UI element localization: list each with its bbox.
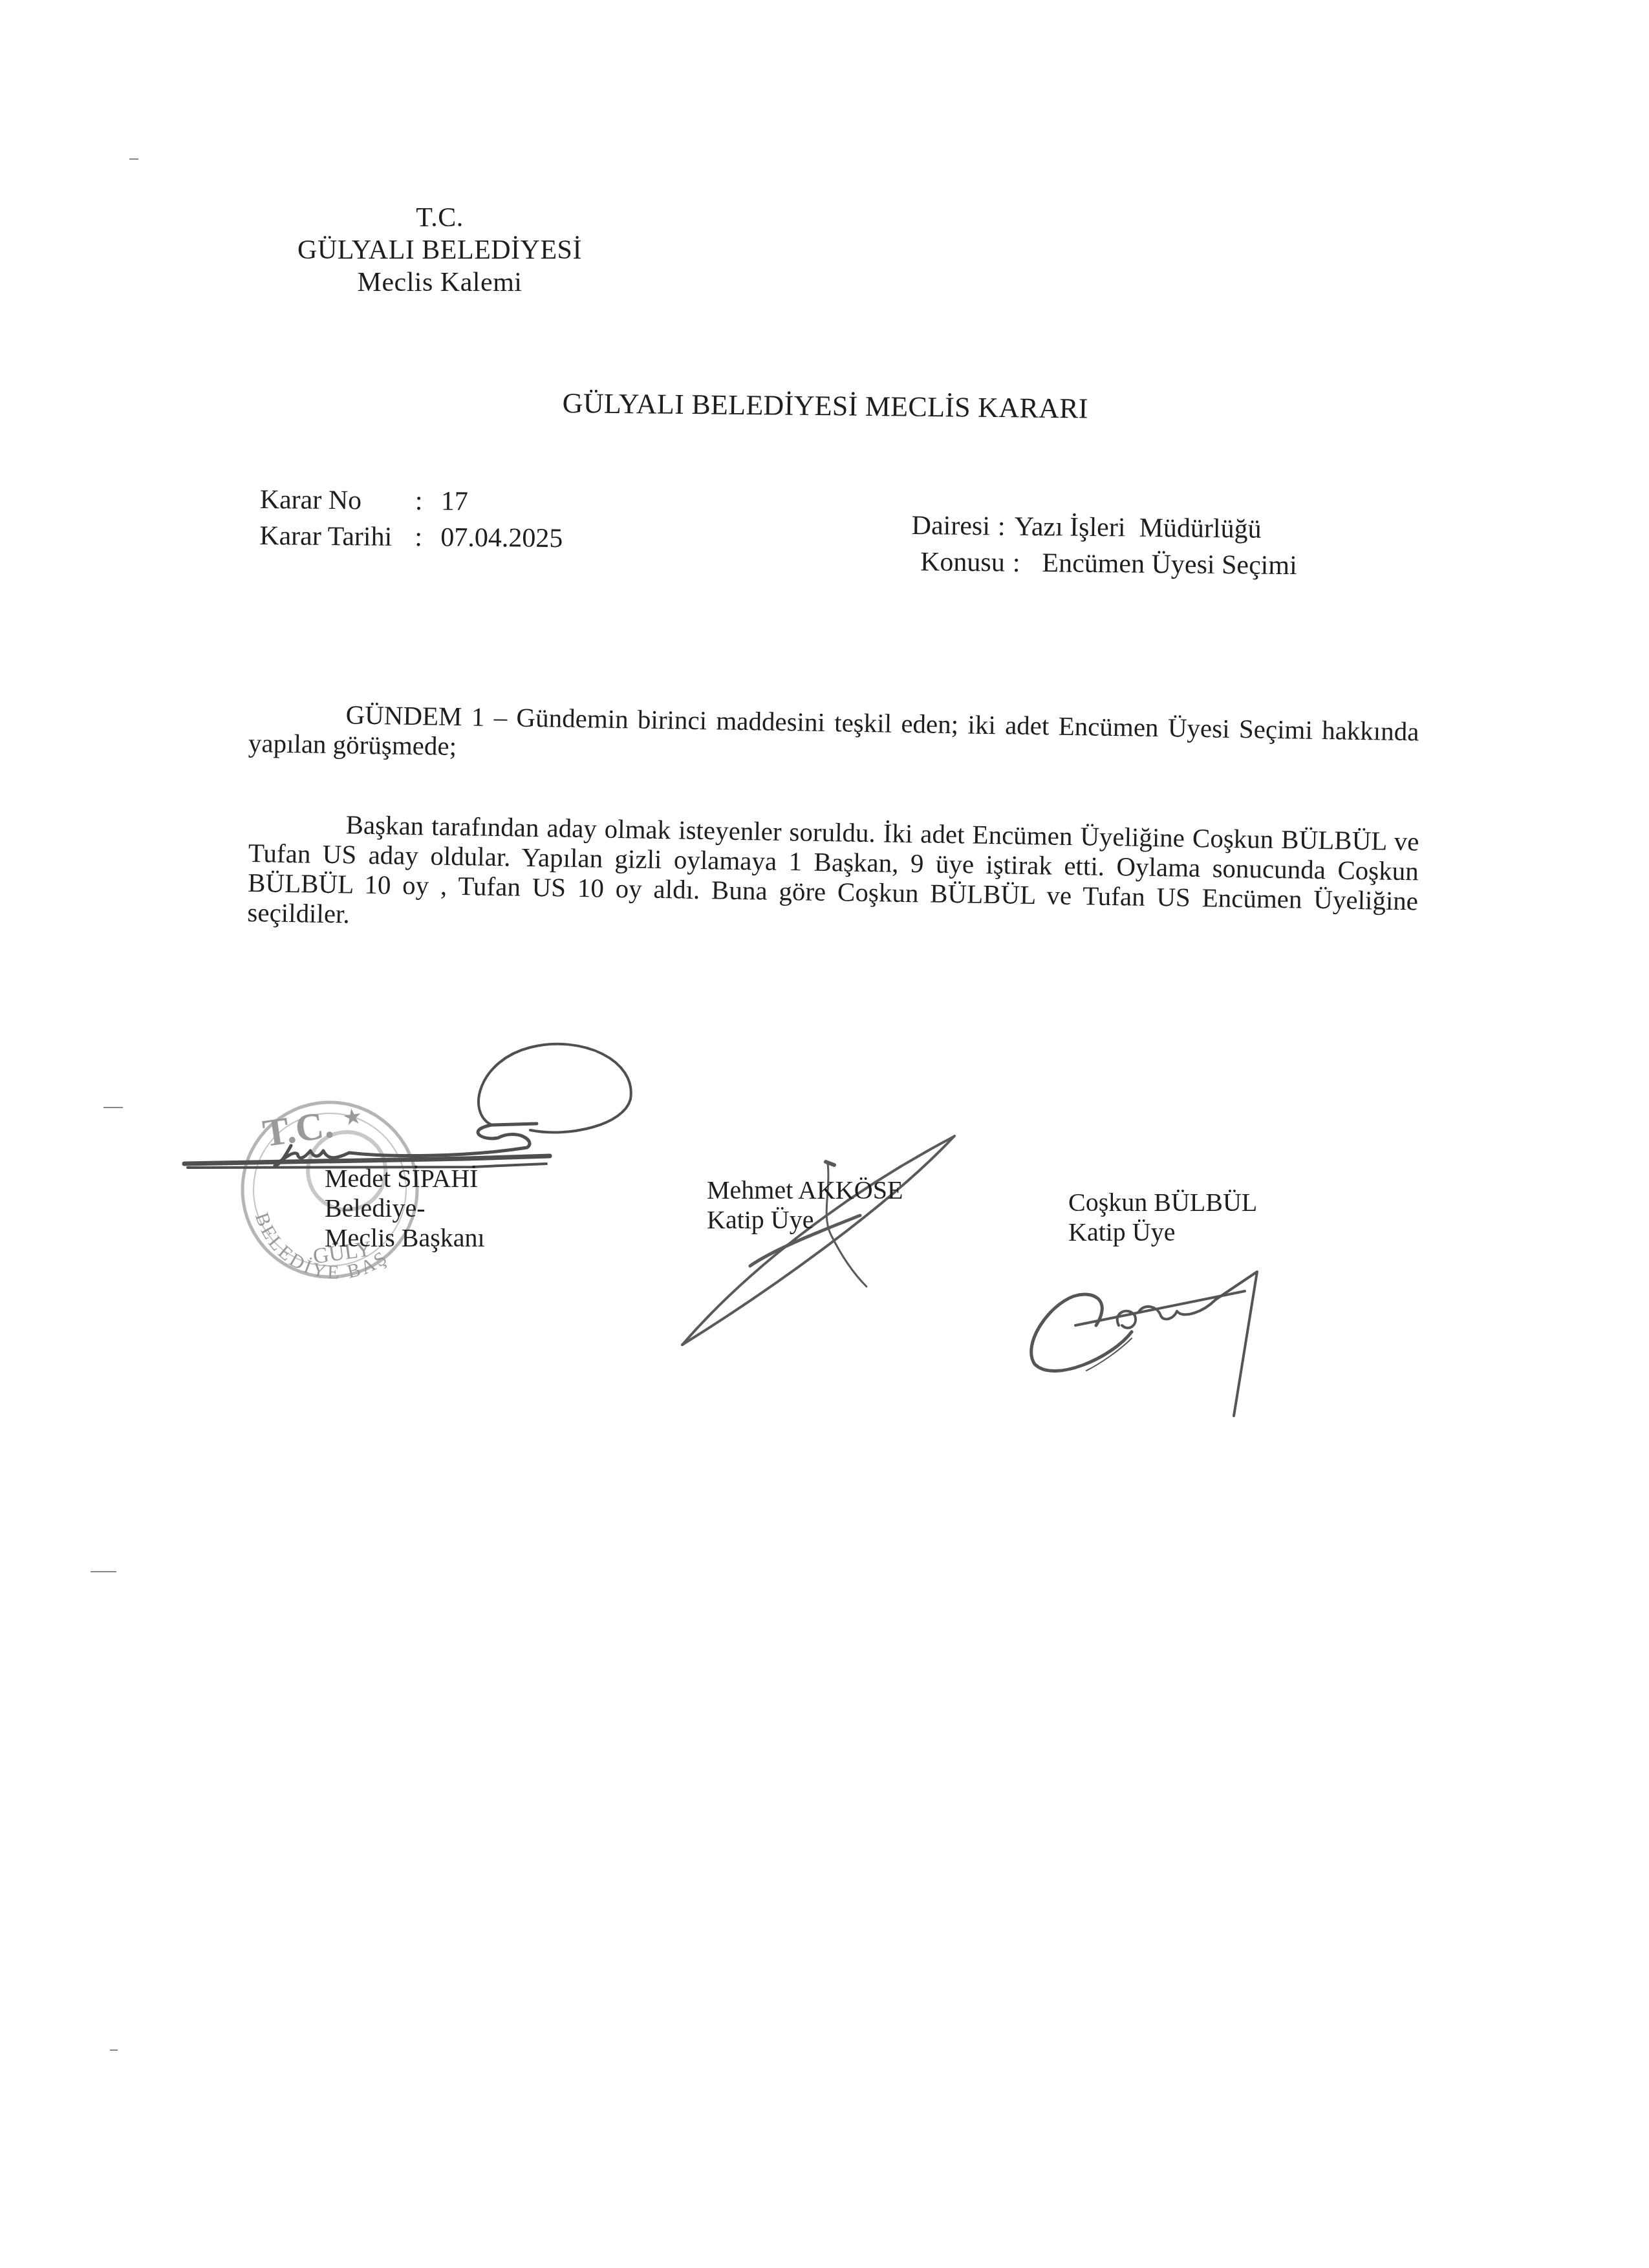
signature-clerk-2 <box>1031 1272 1257 1416</box>
scan-artifact <box>110 2049 118 2051</box>
signature-block-clerk-1: Mehmet AKKÖSE Katip Üye <box>707 1175 903 1235</box>
signature-block-clerk-2: Coşkun BÜLBÜL Katip Üye <box>1068 1188 1257 1247</box>
signature-block-mayor: Medet SİPAHİ Belediye- Meclis Başkanı <box>325 1164 485 1253</box>
scan-artifact <box>129 158 138 160</box>
signer-name: Coşkun BÜLBÜL <box>1068 1188 1257 1217</box>
scan-artifact <box>91 1571 116 1572</box>
stamp-and-signatures-layer: T.C. ★ GÜLY BELEDİYE BAŞ <box>0 0 1649 2268</box>
signer-role: Meclis Başkanı <box>325 1223 485 1253</box>
signer-name: Mehmet AKKÖSE <box>707 1175 903 1205</box>
svg-text:★: ★ <box>341 1104 363 1131</box>
signer-name: Medet SİPAHİ <box>325 1164 485 1193</box>
signer-role: Katip Üye <box>707 1205 903 1235</box>
stamp-tc-text: T.C. <box>260 1103 336 1155</box>
signer-role: Katip Üye <box>1068 1217 1257 1247</box>
scan-artifact <box>103 1107 123 1108</box>
signature-clerk-1 <box>682 1136 954 1345</box>
signer-role: Belediye- <box>325 1193 485 1223</box>
document-page: T.C. GÜLYALI BELEDİYESİ Meclis Kalemi GÜ… <box>0 0 1649 2268</box>
